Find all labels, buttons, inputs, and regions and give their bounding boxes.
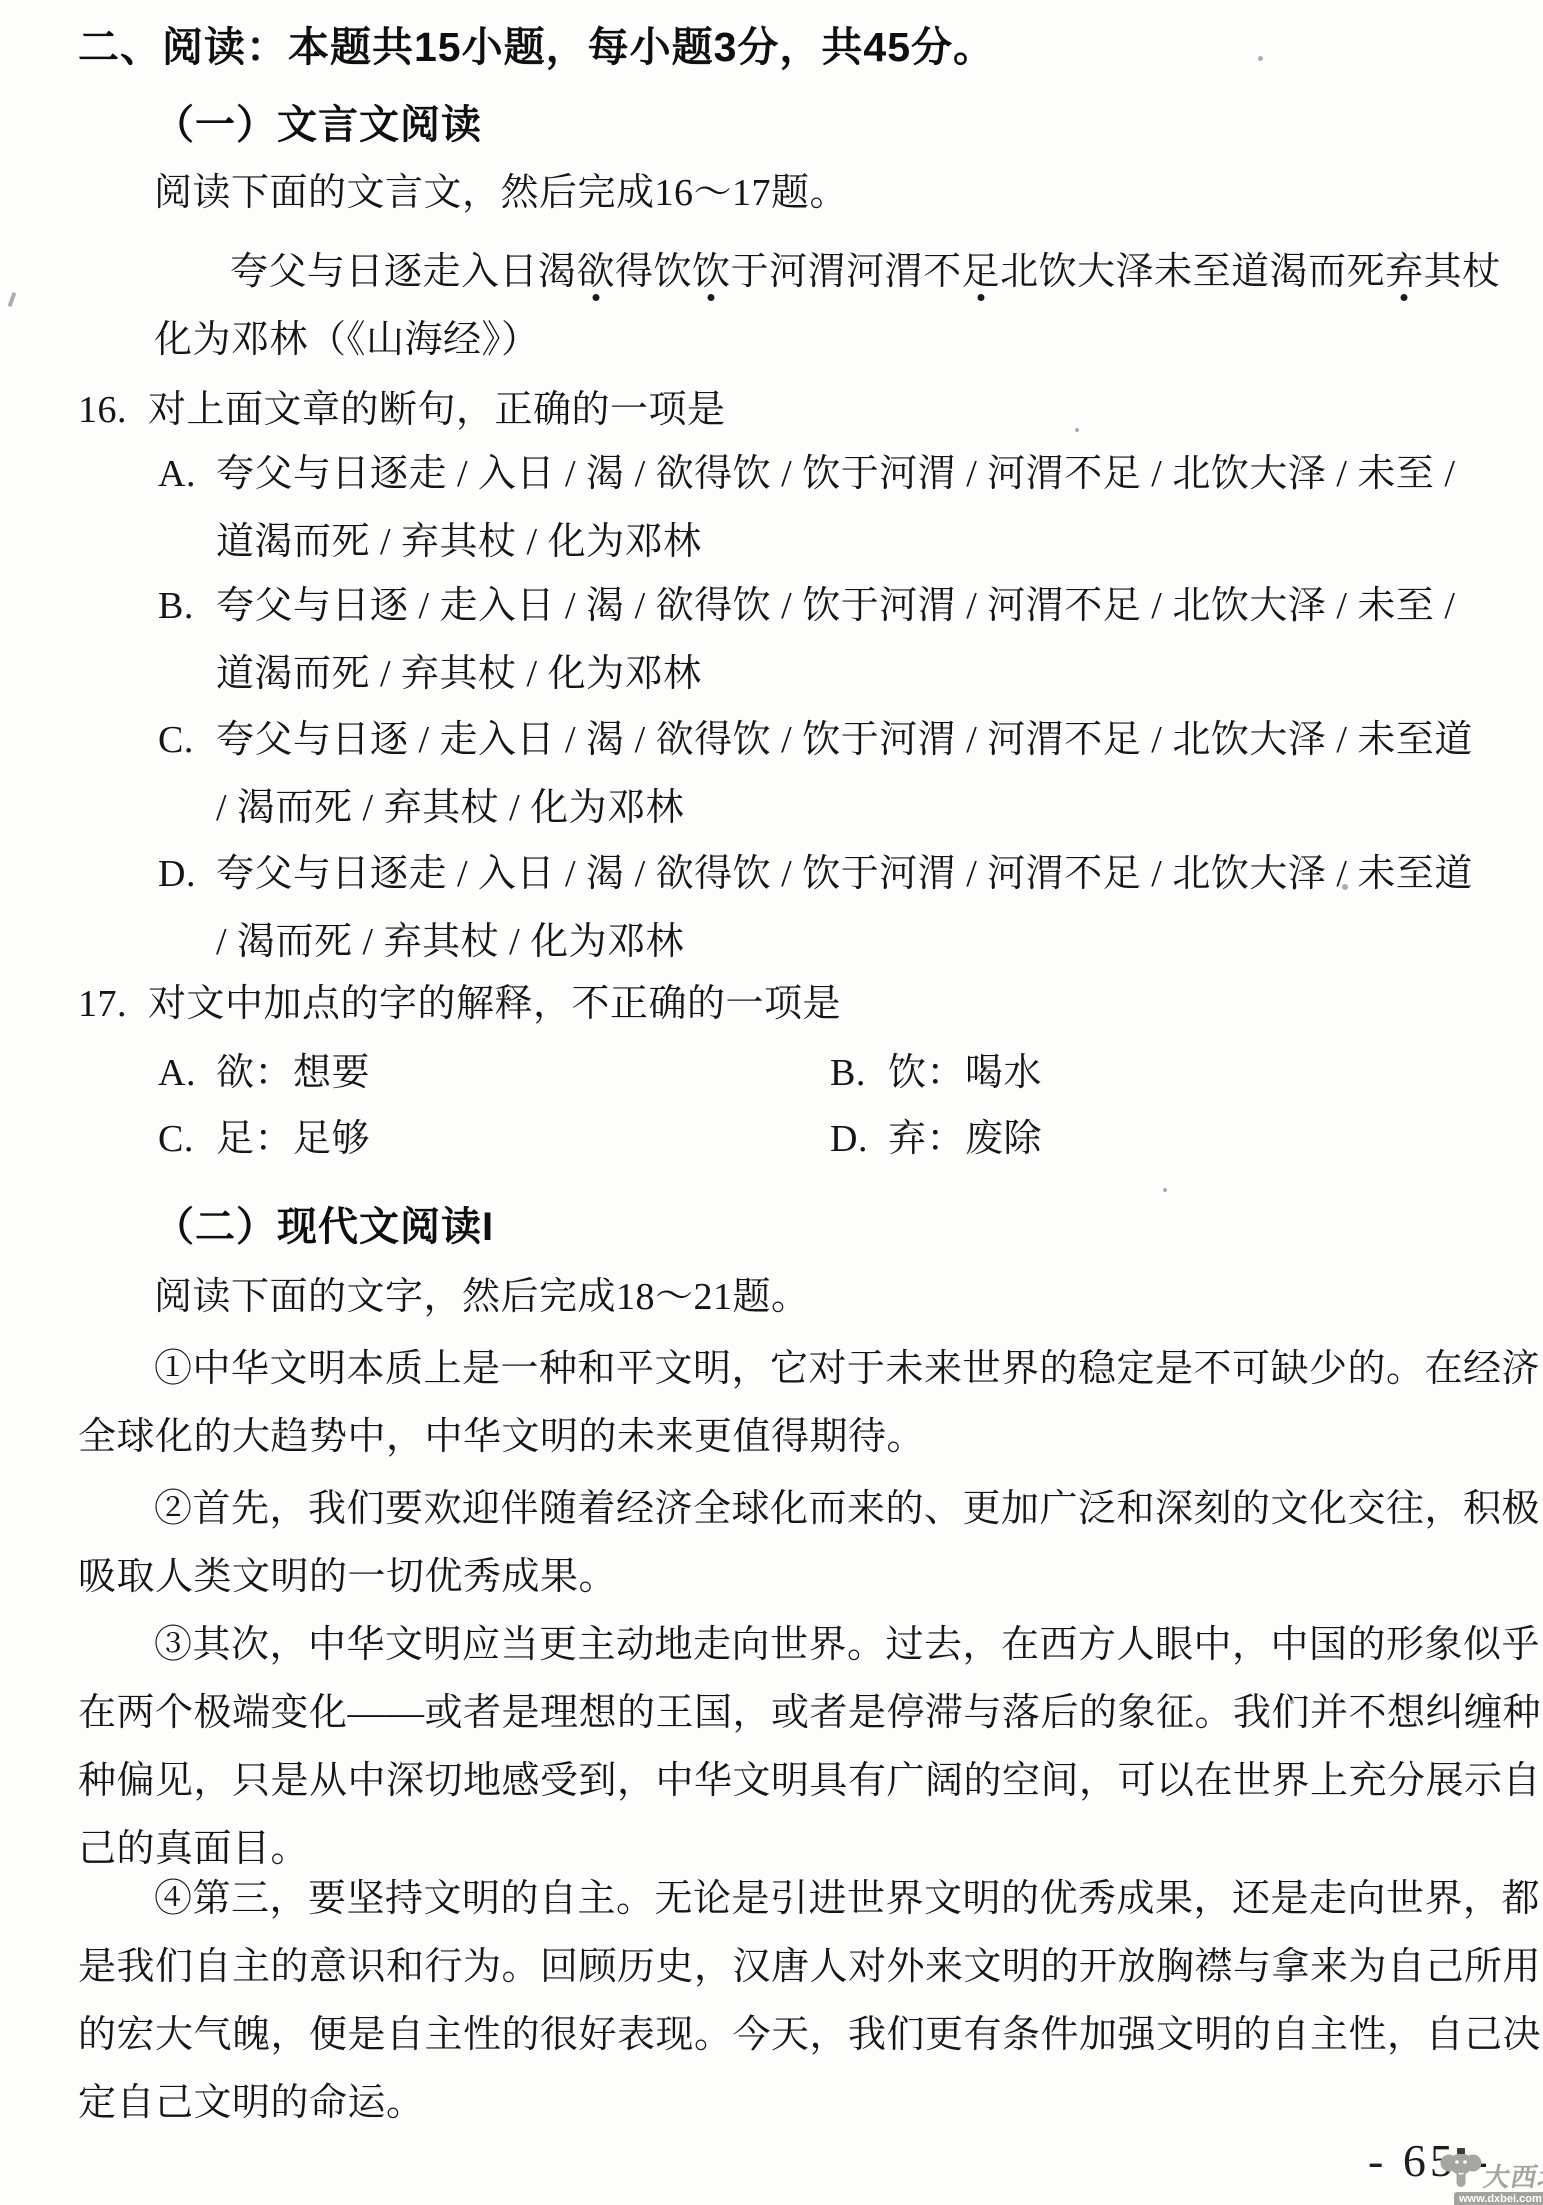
option-label: A. [158, 440, 216, 508]
q17-options-row-2: C.足：足够 D.弃：废除 [158, 1106, 1042, 1172]
option-text-continued: / 渴而死 / 弃其杖 / 化为邓林 [158, 908, 1473, 976]
q17-option-c: C.足：足够 [158, 1106, 830, 1172]
option-label: C. [158, 1106, 216, 1172]
passage-text: 得饮 [615, 251, 692, 293]
modern-paragraph-2: ②首先，我们要欢迎伴随着经济全球化而来的、更加广泛和深刻的文化交往，积极吸取人类… [78, 1475, 1540, 1611]
option-label: D. [158, 840, 216, 908]
q16-option-b: B.夸父与日逐 / 走入日 / 渴 / 欲得饮 / 饮于河渭 / 河渭不足 / … [158, 572, 1455, 708]
emphasized-char: 足 [962, 251, 1001, 293]
question-17-text: 对文中加点的字的解释，不正确的一项是 [148, 983, 841, 1025]
question-16-stem: 16.对上面文章的断句，正确的一项是 [78, 376, 726, 444]
text-line: 全球化的大趋势中，中华文明的未来更值得期待。 [78, 1403, 1540, 1471]
part1-instruction: 阅读下面的文言文，然后完成16～17题。 [154, 168, 848, 218]
elephant-logo-icon [1440, 2146, 1482, 2190]
option-label: B. [158, 572, 216, 640]
text-line: ①中华文明本质上是一种和平文明，它对于未来世界的稳定是不可缺少的。在经济 [78, 1335, 1540, 1403]
option-text: 夸父与日逐走 / 入日 / 渴 / 欲得饮 / 饮于河渭 / 河渭不足 / 北饮… [216, 853, 1473, 895]
question-16-text: 对上面文章的断句，正确的一项是 [148, 389, 726, 431]
q16-option-d: D.夸父与日逐走 / 入日 / 渴 / 欲得饮 / 饮于河渭 / 河渭不足 / … [158, 840, 1473, 976]
emphasized-char: 欲 [577, 251, 616, 293]
passage-text: 夸父与日逐走入日渴 [230, 251, 577, 293]
option-text-continued: 道渴而死 / 弃其杖 / 化为邓林 [158, 508, 1455, 576]
scan-speck [8, 292, 17, 307]
text-line: 是我们自主的意识和行为。回顾历史，汉唐人对外来文明的开放胸襟与拿来为自己所用 [78, 1933, 1541, 2001]
scan-speck [1258, 56, 1263, 61]
watermark-url: www.dxbei.com [1454, 2192, 1543, 2205]
passage-line-1: 夸父与日逐走入日渴欲得饮饮于河渭河渭不足北饮大泽未至道渴而死弃其杖 [154, 238, 1501, 306]
scanned-exam-page: 二、阅读：本题共15小题，每小题3分，共45分。 （一）文言文阅读 阅读下面的文… [0, 0, 1543, 2205]
scan-speck [1290, 1700, 1294, 1704]
part2-title: （二）现代文阅读I [154, 1202, 494, 1252]
option-label: A. [158, 1040, 216, 1106]
modern-paragraph-3: ③其次，中华文明应当更主动地走向世界。过去，在西方人眼中，中国的形象似乎在两个极… [78, 1611, 1541, 1883]
scan-speck [1342, 884, 1348, 890]
q17-option-b: B.饮：喝水 [830, 1040, 1042, 1106]
question-17-stem: 17.对文中加点的字的解释，不正确的一项是 [78, 970, 841, 1038]
section-title: 二、阅读：本题共15小题，每小题3分，共45分。 [78, 22, 995, 72]
option-label: B. [830, 1040, 888, 1106]
modern-paragraph-1: ①中华文明本质上是一种和平文明，它对于未来世界的稳定是不可缺少的。在经济全球化的… [78, 1335, 1540, 1471]
text-line: ②首先，我们要欢迎伴随着经济全球化而来的、更加广泛和深刻的文化交往，积极 [78, 1475, 1540, 1543]
passage-text: 于河渭河渭不 [731, 251, 962, 293]
scan-speck [1163, 1188, 1167, 1192]
classical-passage: 夸父与日逐走入日渴欲得饮饮于河渭河渭不足北饮大泽未至道渴而死弃其杖 化为邓林（《… [154, 238, 1501, 374]
option-text: 饮：喝水 [888, 1052, 1042, 1094]
q17-option-a: A.欲：想要 [158, 1040, 830, 1106]
option-text-continued: / 渴而死 / 弃其杖 / 化为邓林 [158, 774, 1473, 842]
question-17-number: 17. [78, 970, 132, 1038]
q16-option-a: A.夸父与日逐走 / 入日 / 渴 / 欲得饮 / 饮于河渭 / 河渭不足 / … [158, 440, 1455, 576]
emphasized-char: 弃 [1385, 251, 1424, 293]
text-line: 定自己文明的命运。 [78, 2069, 1541, 2137]
text-line: 吸取人类文明的一切优秀成果。 [78, 1543, 1540, 1611]
option-text-continued: 道渴而死 / 弃其杖 / 化为邓林 [158, 640, 1455, 708]
passage-text: 北饮大泽未至道渴而死 [1000, 251, 1385, 293]
watermark-brand-text: 大西北 [1482, 2164, 1543, 2190]
option-text: 夸父与日逐走 / 入日 / 渴 / 欲得饮 / 饮于河渭 / 河渭不足 / 北饮… [216, 453, 1455, 495]
passage-text: 其杖 [1424, 251, 1501, 293]
passage-line-2: 化为邓林（《山海经》） [154, 306, 1501, 374]
option-text: 夸父与日逐 / 走入日 / 渴 / 欲得饮 / 饮于河渭 / 河渭不足 / 北饮… [216, 585, 1455, 627]
q16-option-c: C.夸父与日逐 / 走入日 / 渴 / 欲得饮 / 饮于河渭 / 河渭不足 / … [158, 706, 1473, 842]
question-16-number: 16. [78, 376, 132, 444]
text-line: 种偏见，只是从中深切地感受到，中华文明具有广阔的空间，可以在世界上充分展示自 [78, 1747, 1541, 1815]
q17-option-d: D.弃：废除 [830, 1106, 1042, 1172]
scan-speck [1075, 428, 1079, 432]
part1-title: （一）文言文阅读 [154, 100, 482, 150]
part2-instruction: 阅读下面的文字，然后完成18～21题。 [154, 1272, 810, 1322]
text-line: 的宏大气魄，便是自主性的很好表现。今天，我们更有条件加强文明的自主性，自己决 [78, 2001, 1541, 2069]
option-text: 足：足够 [216, 1118, 370, 1160]
option-text: 欲：想要 [216, 1052, 370, 1094]
text-line: ③其次，中华文明应当更主动地走向世界。过去，在西方人眼中，中国的形象似乎 [78, 1611, 1541, 1679]
text-line: ④第三，要坚持文明的自主。无论是引进世界文明的优秀成果，还是走向世界，都 [78, 1865, 1541, 1933]
emphasized-char: 饮 [692, 251, 731, 293]
option-label: C. [158, 706, 216, 774]
text-line: 在两个极端变化——或者是理想的王国，或者是停滞与落后的象征。我们并不想纠缠种 [78, 1679, 1541, 1747]
q17-options-row-1: A.欲：想要 B.饮：喝水 [158, 1040, 1042, 1106]
option-text: 弃：废除 [888, 1118, 1042, 1160]
option-label: D. [830, 1106, 888, 1172]
modern-paragraph-4: ④第三，要坚持文明的自主。无论是引进世界文明的优秀成果，还是走向世界，都是我们自… [78, 1865, 1541, 2137]
publisher-watermark: 大西北 www.dxbei.com [1440, 2146, 1540, 2205]
option-text: 夸父与日逐 / 走入日 / 渴 / 欲得饮 / 饮于河渭 / 河渭不足 / 北饮… [216, 719, 1473, 761]
